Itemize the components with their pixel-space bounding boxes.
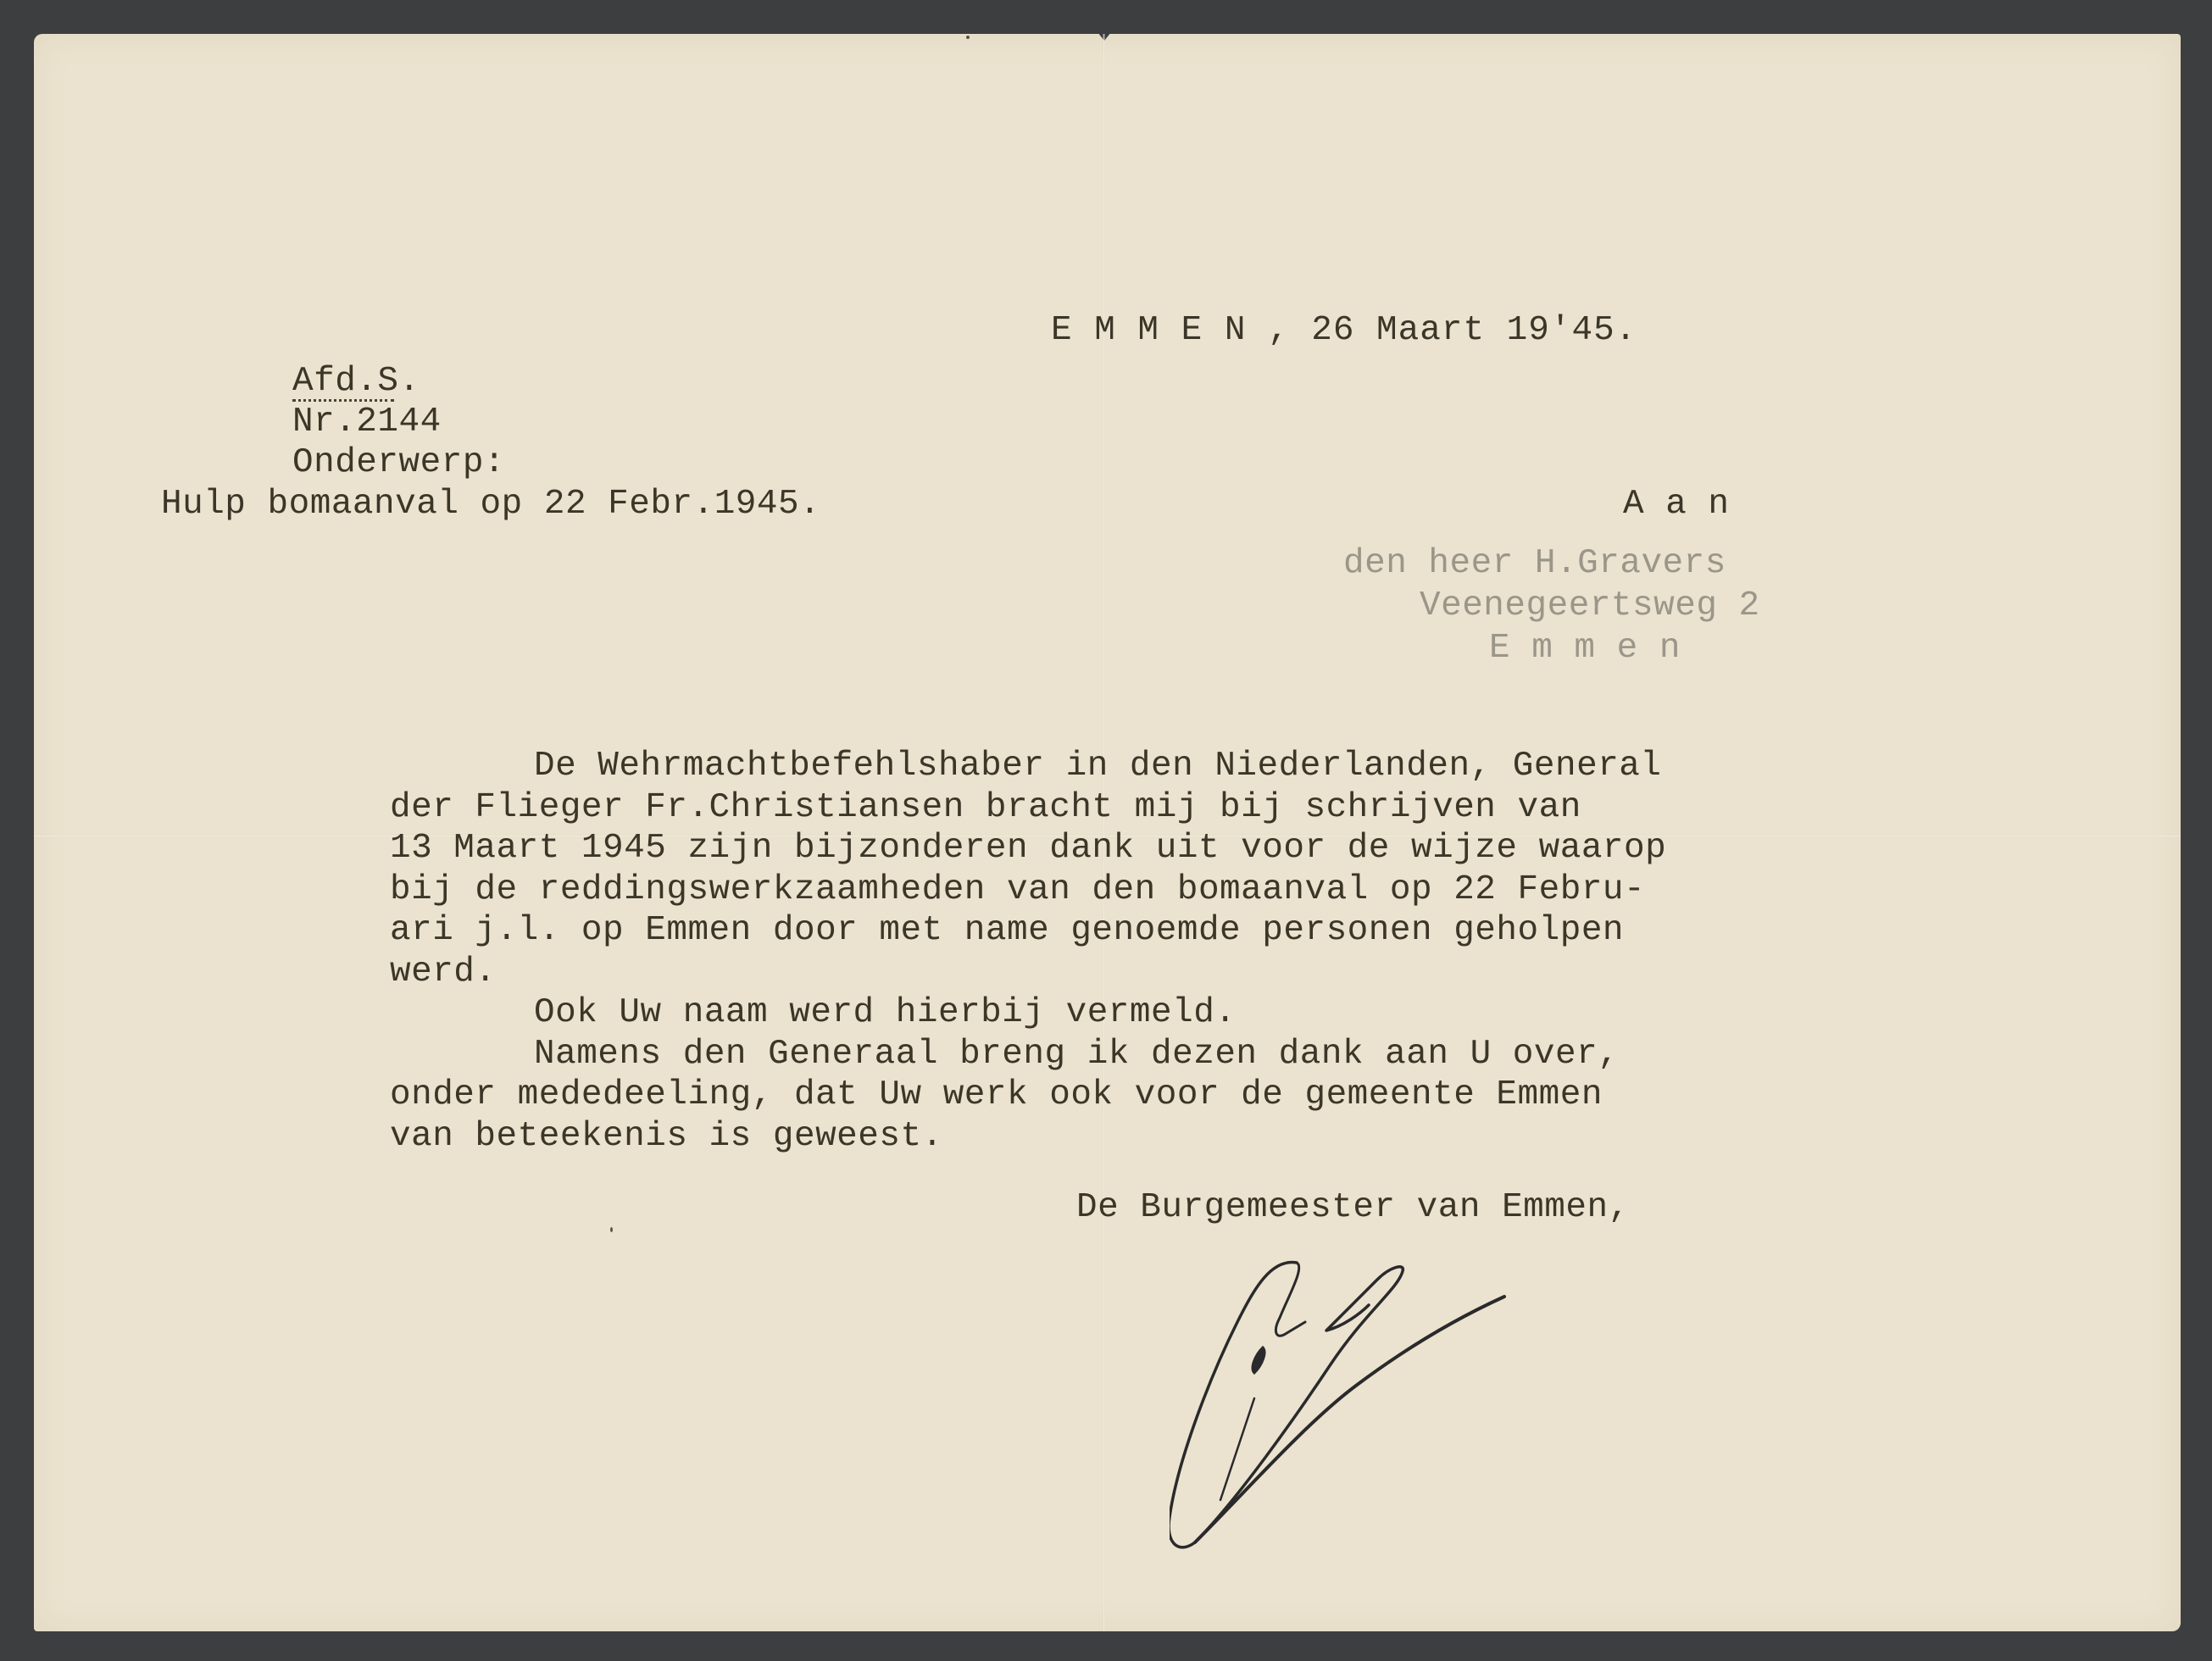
letter-body: De Wehrmachtbefehlshaber in den Niederla… [390,746,2000,1157]
body-line: 13 Maart 1945 zijn bijzonderen dank uit … [390,828,2000,869]
reference-underline [292,399,394,402]
body-line: van beteekenis is geweest. [390,1116,2000,1158]
letter-paper: E M M E N , 26 Maart 19'45. Afd.S. Nr.21… [34,34,2181,1631]
closing-signatory: De Burgemeester van Emmen, [1076,1191,1630,1225]
subject-label: Onderwerp: [292,446,505,481]
paper-speck [966,36,970,39]
body-line: De Wehrmachtbefehlshaber in den Niederla… [390,746,2000,787]
body-line: bij de reddingswerkzaamheden van den bom… [390,869,2000,911]
body-line: Ook Uw naam werd hierbij vermeld. [390,992,2000,1034]
body-line: werd. [390,952,2000,993]
body-line: onder mededeeling, dat Uw werk ook voor … [390,1075,2000,1116]
recipient-salutation: A a n [1623,487,1730,522]
recipient-name: den heer H.Gravers [1343,547,1726,581]
subject-line: Hulp bomaanval op 22 Febr.1945. [161,487,820,522]
body-line: Namens den Generaal breng ik dezen dank … [390,1034,2000,1075]
body-line: der Flieger Fr.Christiansen bracht mij b… [390,787,2000,829]
recipient-city: E m m e n [1489,631,1681,666]
place-date: E M M E N , 26 Maart 19'45. [1051,314,1637,348]
handwritten-signature [1170,1246,1644,1568]
department-reference: Afd.S. [292,364,420,399]
recipient-street: Veenegeertsweg 2 [1420,589,1760,624]
body-line: ari j.l. op Emmen door met name genoemde… [390,910,2000,952]
file-number: Nr.2144 [292,405,442,440]
paper-speck [610,1227,613,1232]
